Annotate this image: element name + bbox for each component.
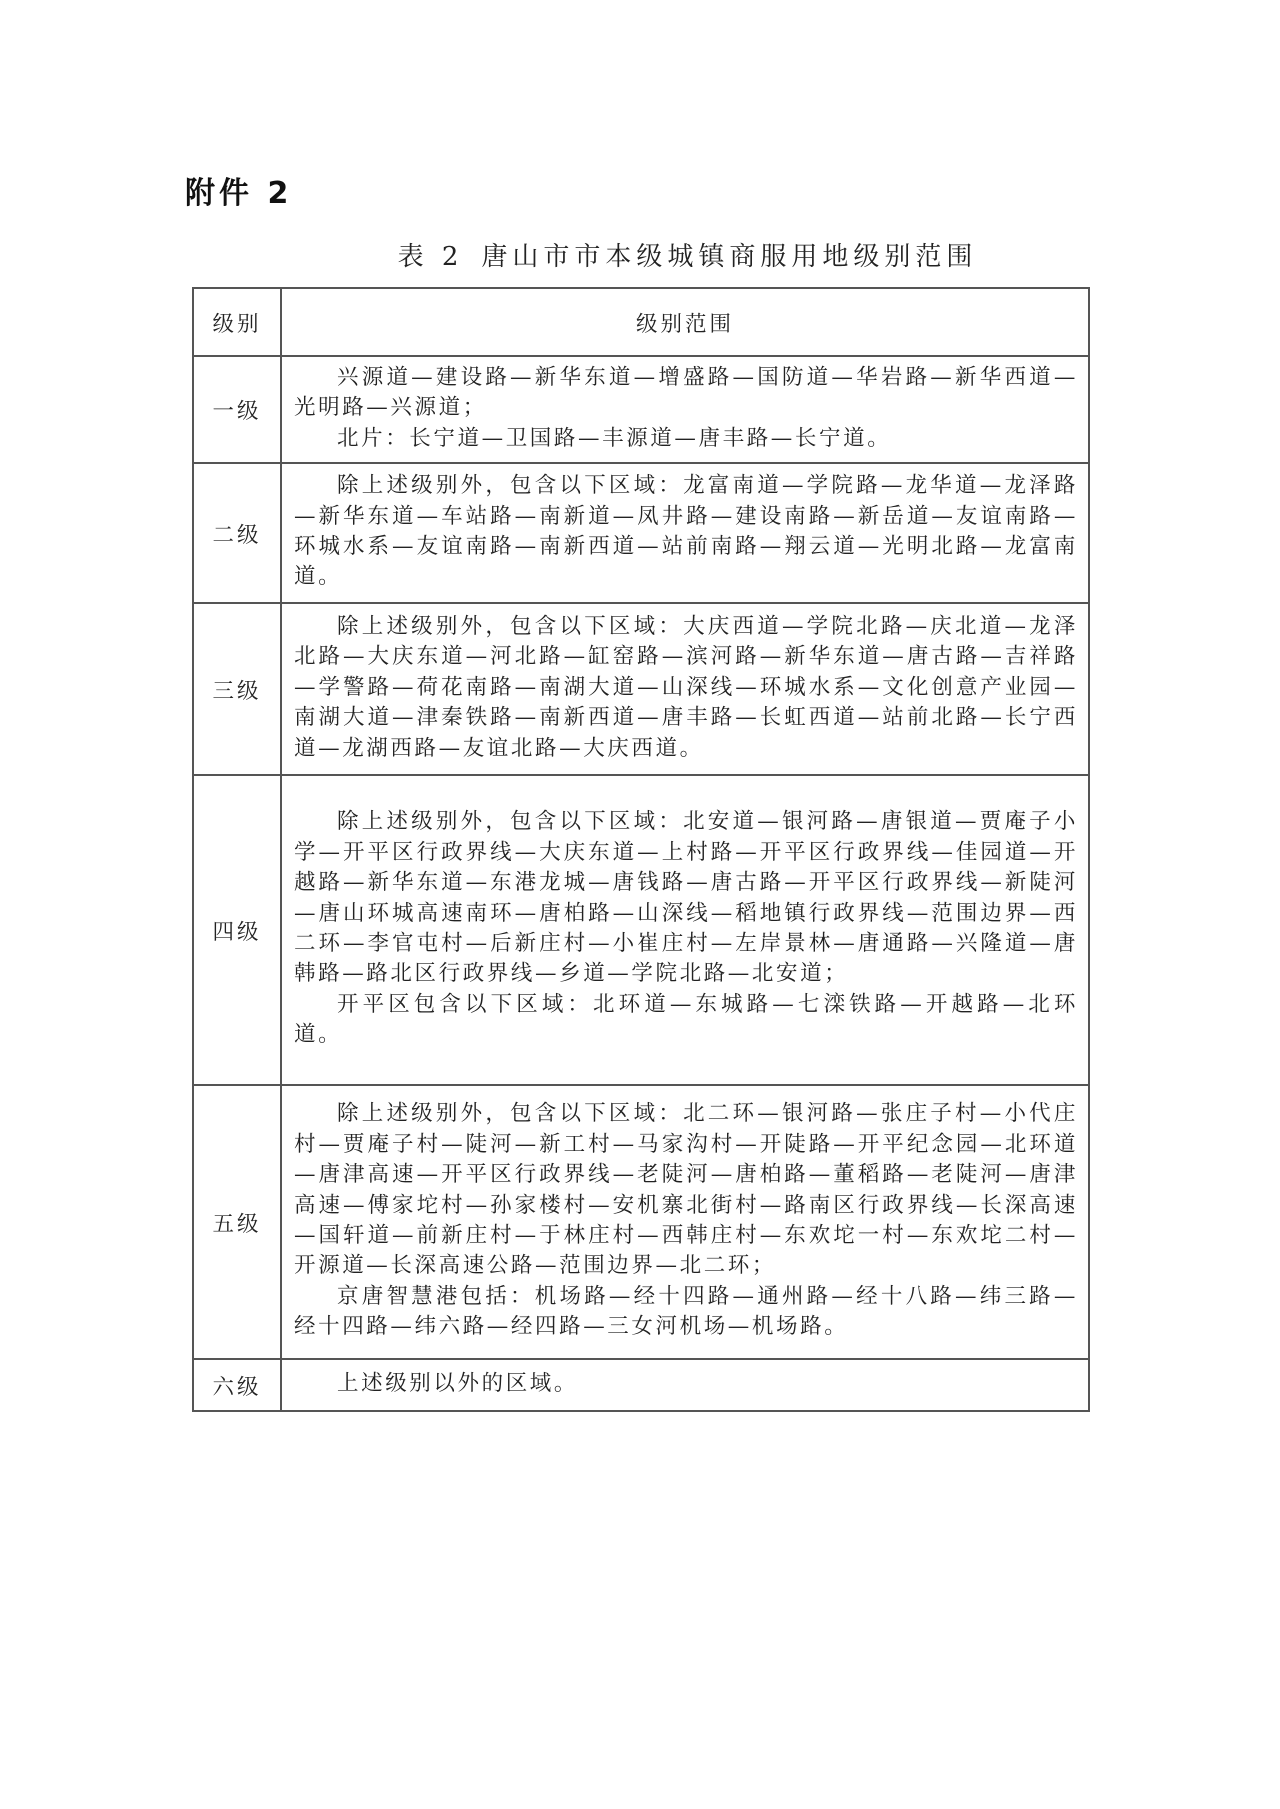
range-paragraph: 除上述级别外，包含以下区域：北安道—银河路—唐银道—贾庵子小学—开平区行政界线—… [294, 807, 1078, 989]
level-cell: 二级 [193, 463, 281, 603]
table-row: 六级 上述级别以外的区域。 [193, 1359, 1089, 1411]
range-paragraph: 开平区包含以下区域：北环道—东城路—七滦铁路—开越路—北环道。 [294, 990, 1078, 1051]
range-cell: 上述级别以外的区域。 [281, 1359, 1089, 1411]
table-title: 表 2唐山市市本级城镇商服用地级别范围 [0, 236, 1280, 273]
table-header-row: 级别 级别范围 [193, 288, 1089, 356]
level-cell: 三级 [193, 603, 281, 775]
level-cell: 四级 [193, 775, 281, 1085]
header-level: 级别 [193, 288, 281, 356]
range-paragraph: 除上述级别外，包含以下区域：大庆西道—学院北路—庆北道—龙泽北路—大庆东道—河北… [294, 612, 1078, 764]
table-row: 三级 除上述级别外，包含以下区域：大庆西道—学院北路—庆北道—龙泽北路—大庆东道… [193, 603, 1089, 775]
table-title-text: 唐山市市本级城镇商服用地级别范围 [481, 242, 977, 272]
range-paragraph: 京唐智慧港包括：机场路—经十四路—通州路—经十八路—纬三路—经十四路—纬六路—经… [294, 1282, 1078, 1343]
level-cell: 五级 [193, 1085, 281, 1359]
table-row: 五级 除上述级别外，包含以下区域：北二环—银河路—张庄子村—小代庄村—贾庵子村—… [193, 1085, 1089, 1359]
header-range: 级别范围 [281, 288, 1089, 356]
level-cell: 一级 [193, 356, 281, 463]
range-cell: 兴源道—建设路—新华东道—增盛路—国防道—华岩路—新华西道—光明路—兴源道； 北… [281, 356, 1089, 463]
attachment-label: 附件 2 [185, 168, 292, 212]
range-paragraph: 除上述级别外，包含以下区域：龙富南道—学院路—龙华道—龙泽路—新华东道—车站路—… [294, 471, 1078, 593]
range-paragraph: 北片：长宁道—卫国路—丰源道—唐丰路—长宁道。 [294, 424, 1078, 454]
table-row: 二级 除上述级别外，包含以下区域：龙富南道—学院路—龙华道—龙泽路—新华东道—车… [193, 463, 1089, 603]
range-cell: 除上述级别外，包含以下区域：龙富南道—学院路—龙华道—龙泽路—新华东道—车站路—… [281, 463, 1089, 603]
range-cell: 除上述级别外，包含以下区域：大庆西道—学院北路—庆北道—龙泽北路—大庆东道—河北… [281, 603, 1089, 775]
range-cell: 除上述级别外，包含以下区域：北二环—银河路—张庄子村—小代庄村—贾庵子村—陡河—… [281, 1085, 1089, 1359]
range-paragraph: 兴源道—建设路—新华东道—增盛路—国防道—华岩路—新华西道—光明路—兴源道； [294, 363, 1078, 424]
level-cell: 六级 [193, 1359, 281, 1411]
range-paragraph: 上述级别以外的区域。 [294, 1369, 1078, 1399]
range-cell: 除上述级别外，包含以下区域：北安道—银河路—唐银道—贾庵子小学—开平区行政界线—… [281, 775, 1089, 1085]
range-paragraph: 除上述级别外，包含以下区域：北二环—银河路—张庄子村—小代庄村—贾庵子村—陡河—… [294, 1099, 1078, 1281]
table-row: 四级 除上述级别外，包含以下区域：北安道—银河路—唐银道—贾庵子小学—开平区行政… [193, 775, 1089, 1085]
land-level-table: 级别 级别范围 一级 兴源道—建设路—新华东道—增盛路—国防道—华岩路—新华西道… [192, 287, 1090, 1412]
table-number: 表 2 [398, 242, 464, 272]
table-row: 一级 兴源道—建设路—新华东道—增盛路—国防道—华岩路—新华西道—光明路—兴源道… [193, 356, 1089, 463]
